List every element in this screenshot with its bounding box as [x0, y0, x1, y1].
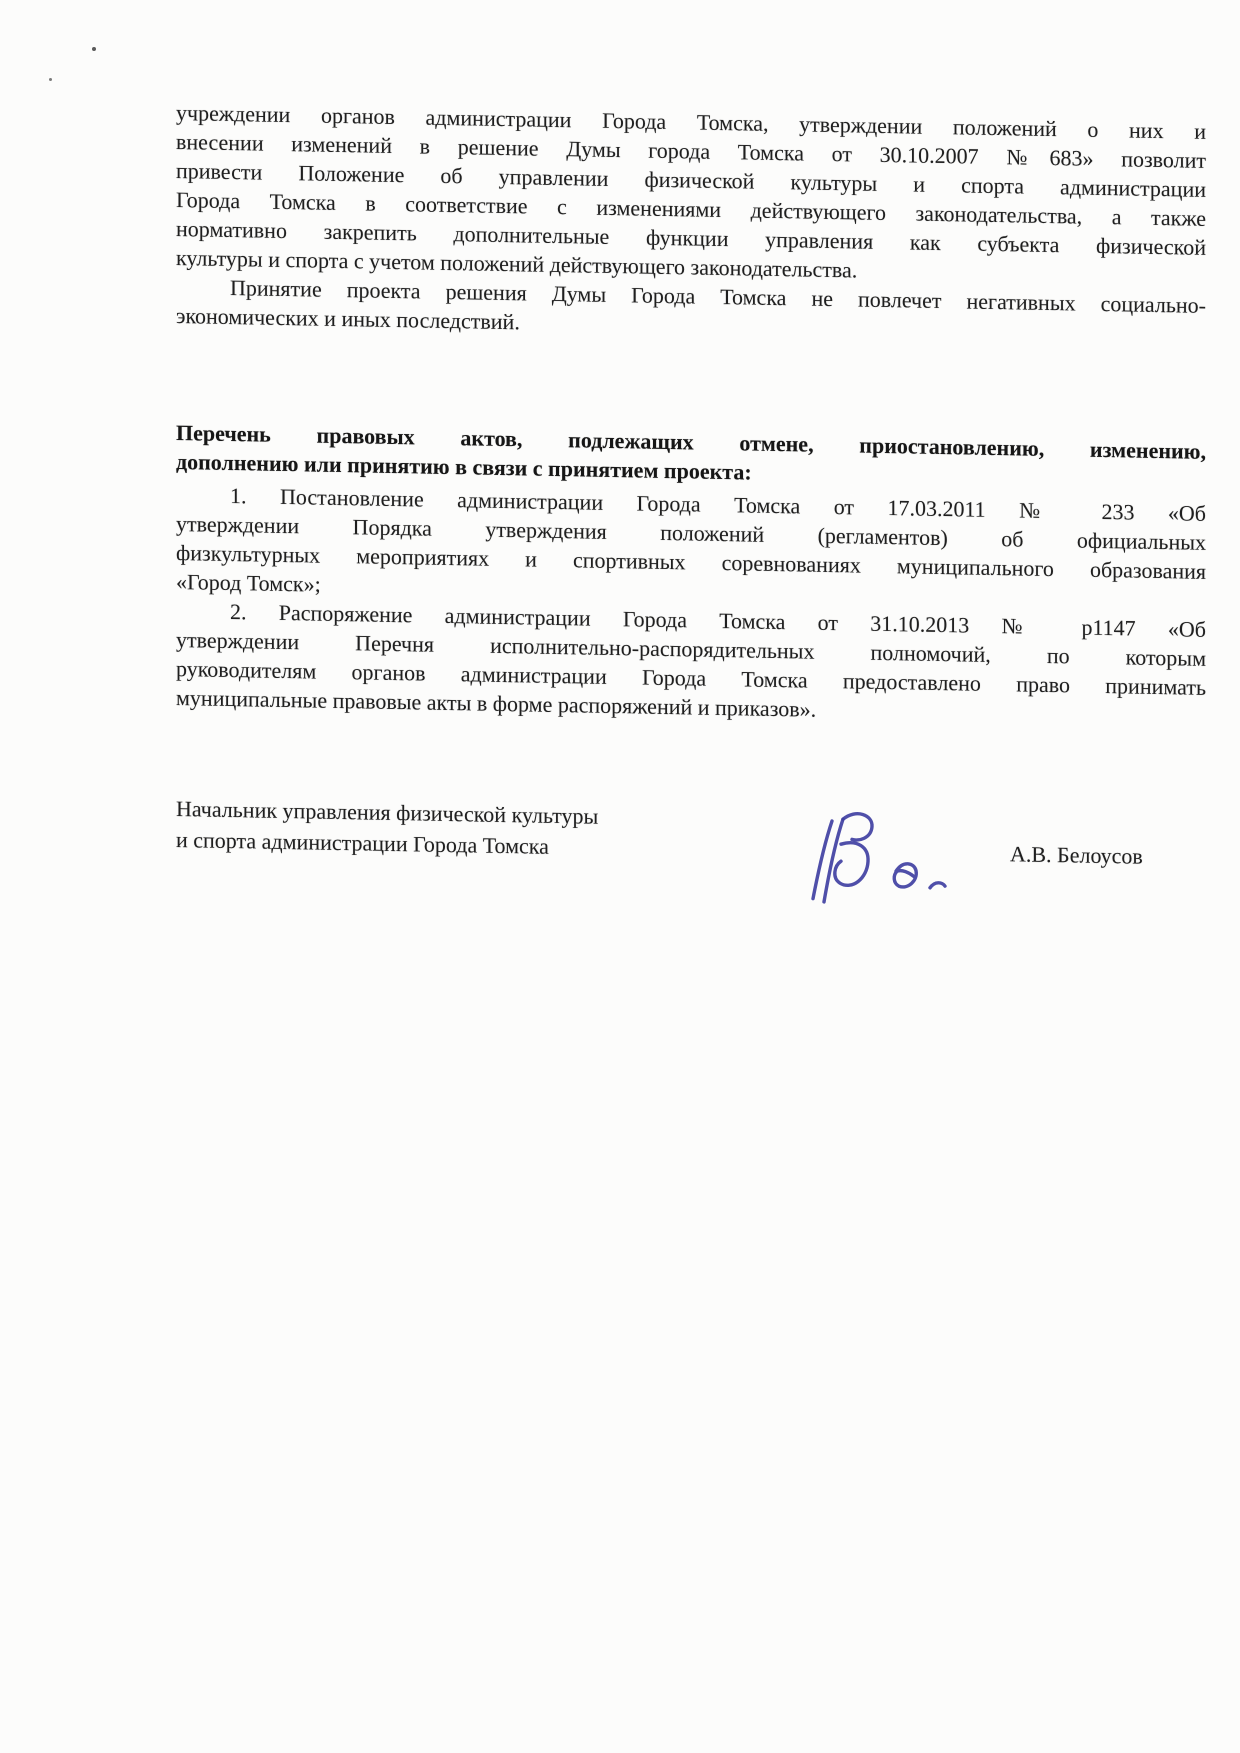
signature-scribble [806, 810, 956, 913]
scanned-document-page: учреждении органов администрации Города … [0, 0, 1240, 1753]
signature-block: Начальник управления физической культуры… [176, 793, 1206, 874]
act-item-2: 2. Распоряжение администрации Города Том… [176, 596, 1206, 731]
act-item-1: 1. Постановление администрации Города То… [176, 480, 1206, 615]
signatory-name: А.В. Белоусов [1010, 838, 1143, 871]
document-body: учреждении органов администрации Города … [176, 98, 1206, 874]
paragraph-explanation: учреждении органов администрации Города … [176, 98, 1206, 291]
scan-artifact-dot [92, 47, 96, 51]
handwritten-signature-icon [806, 810, 956, 913]
scan-artifact-dot [49, 78, 52, 81]
